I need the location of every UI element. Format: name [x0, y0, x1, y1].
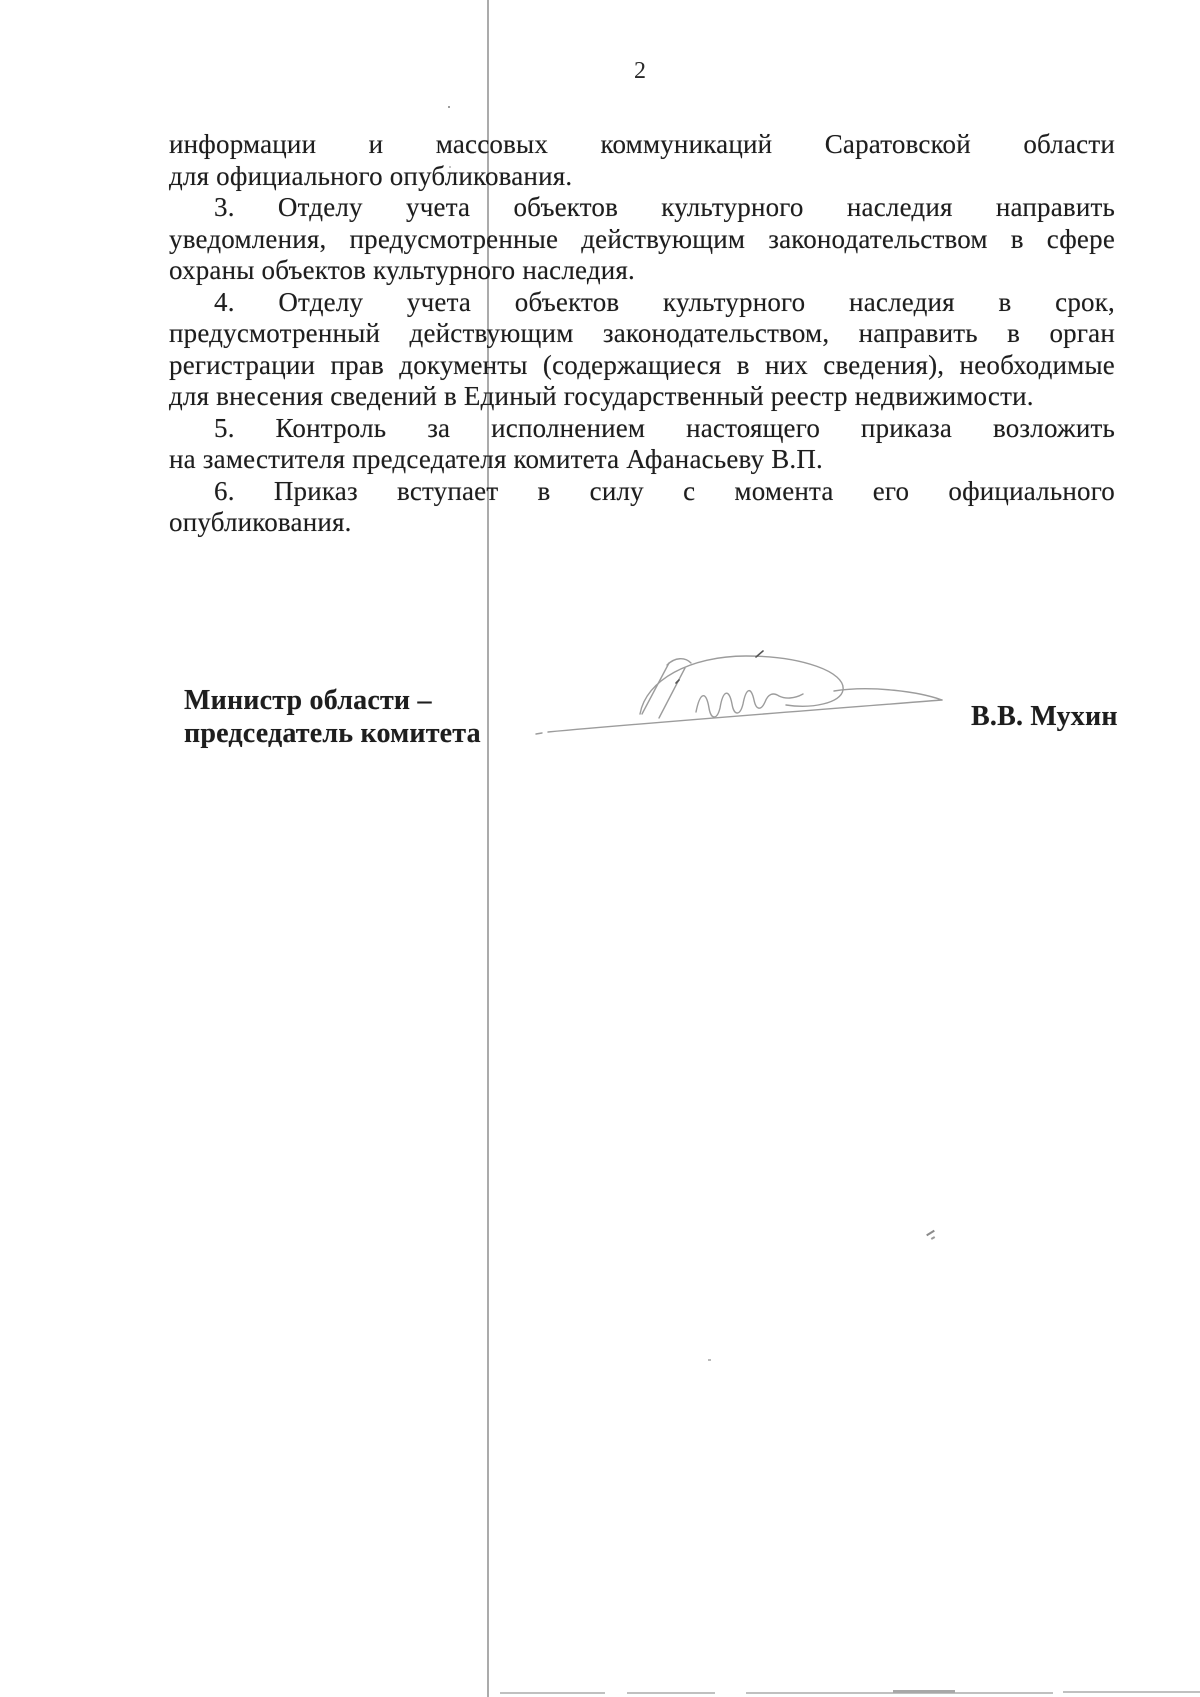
signatory-name: В.В. Мухин [971, 701, 1118, 733]
body-line: охраны объектов культурного наследия. [169, 255, 1115, 287]
body-line: регистрации прав документы (содержащиеся… [169, 350, 1115, 382]
signatory-title: Министр области – председатель комитета [184, 684, 481, 750]
body-line: для официального опубликования. [169, 161, 1115, 193]
signatory-title-line2: председатель комитета [184, 717, 481, 750]
body-line: 5. Контроль за исполнением настоящего пр… [169, 413, 1115, 445]
scan-edge-line [500, 1692, 605, 1694]
body-line: предусмотренный действующим законодатель… [169, 318, 1115, 350]
scan-speck [931, 1236, 935, 1240]
body-text: информации и массовых коммуникаций Сарат… [169, 129, 1115, 539]
scan-edge-line [627, 1692, 715, 1694]
body-line: на заместителя председателя комитета Афа… [169, 444, 1115, 476]
scan-speck [448, 106, 450, 108]
scan-edge-line [893, 1690, 955, 1693]
scan-edge-line [1063, 1691, 1200, 1693]
signatory-title-line1: Министр области – [184, 684, 481, 717]
document-page: 2 информации и массовых коммуникаций Сар… [0, 0, 1200, 1697]
scan-speck [708, 1359, 711, 1361]
body-line: 6. Приказ вступает в силу с момента его … [169, 476, 1115, 508]
body-line: 4. Отделу учета объектов культурного нас… [169, 287, 1115, 319]
body-line: опубликования. [169, 507, 1115, 539]
body-line: уведомления, предусмотренные действующим… [169, 224, 1115, 256]
handwritten-signature-scribble [528, 622, 952, 752]
body-line: 3. Отделу учета объектов культурного нас… [169, 192, 1115, 224]
body-line: для внесения сведений в Единый государст… [169, 381, 1115, 413]
body-line: информации и массовых коммуникаций Сарат… [169, 129, 1115, 161]
page-number: 2 [560, 58, 720, 85]
